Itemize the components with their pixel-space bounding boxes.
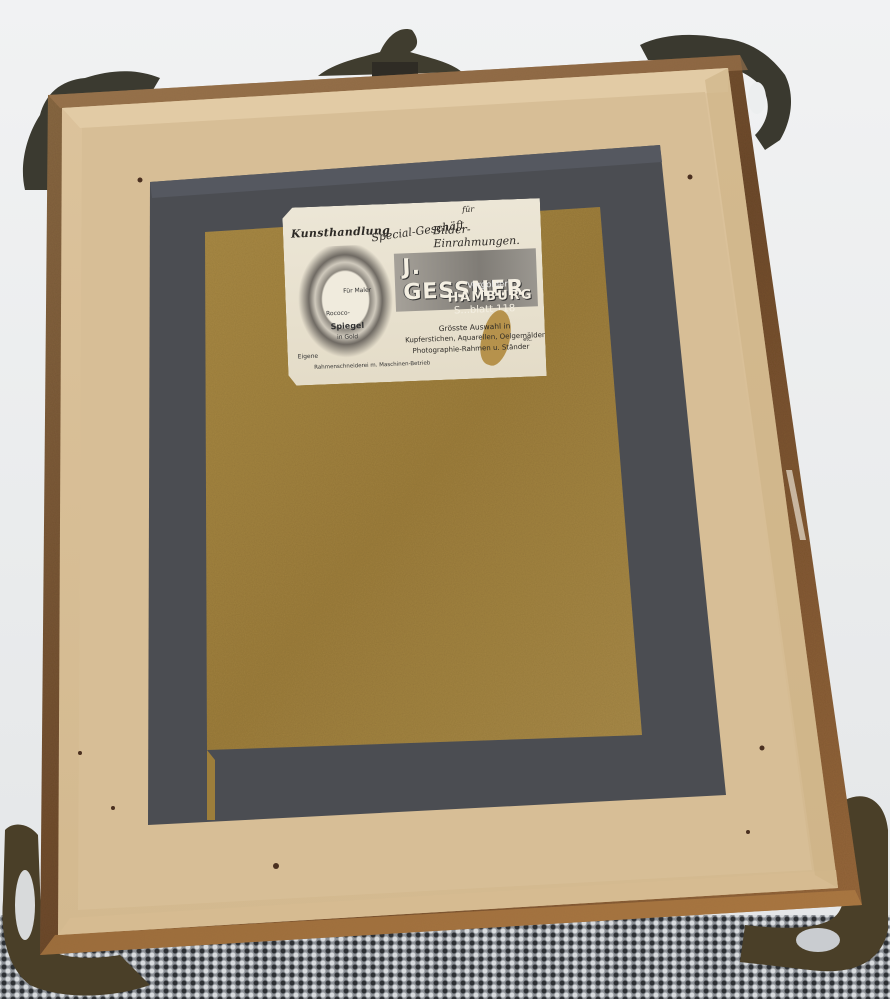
- photo-scene: Für Maler Rococo- Spiegel in Gold Eigene…: [0, 0, 890, 999]
- frame-illustration: [0, 0, 890, 999]
- label-assortment-3: Photographie-Rahmen u. Ständer: [412, 343, 529, 355]
- ornament-text: Spiegel: [330, 321, 364, 331]
- framer-shop-label: Für Maler Rococo- Spiegel in Gold Eigene…: [282, 198, 547, 386]
- label-fuer: für: [462, 205, 474, 214]
- label-bilder-einrahmungen: Bilder-Einrahmungen.: [433, 220, 542, 250]
- label-etc: etc.: [523, 336, 533, 342]
- ornament-text: Rococo-: [326, 309, 350, 317]
- ornament-text: in Gold: [337, 333, 358, 341]
- ornament-text: Eigene: [298, 353, 319, 361]
- label-ornament-illustration: [290, 244, 403, 368]
- ornament-text: Für Maler: [343, 287, 371, 295]
